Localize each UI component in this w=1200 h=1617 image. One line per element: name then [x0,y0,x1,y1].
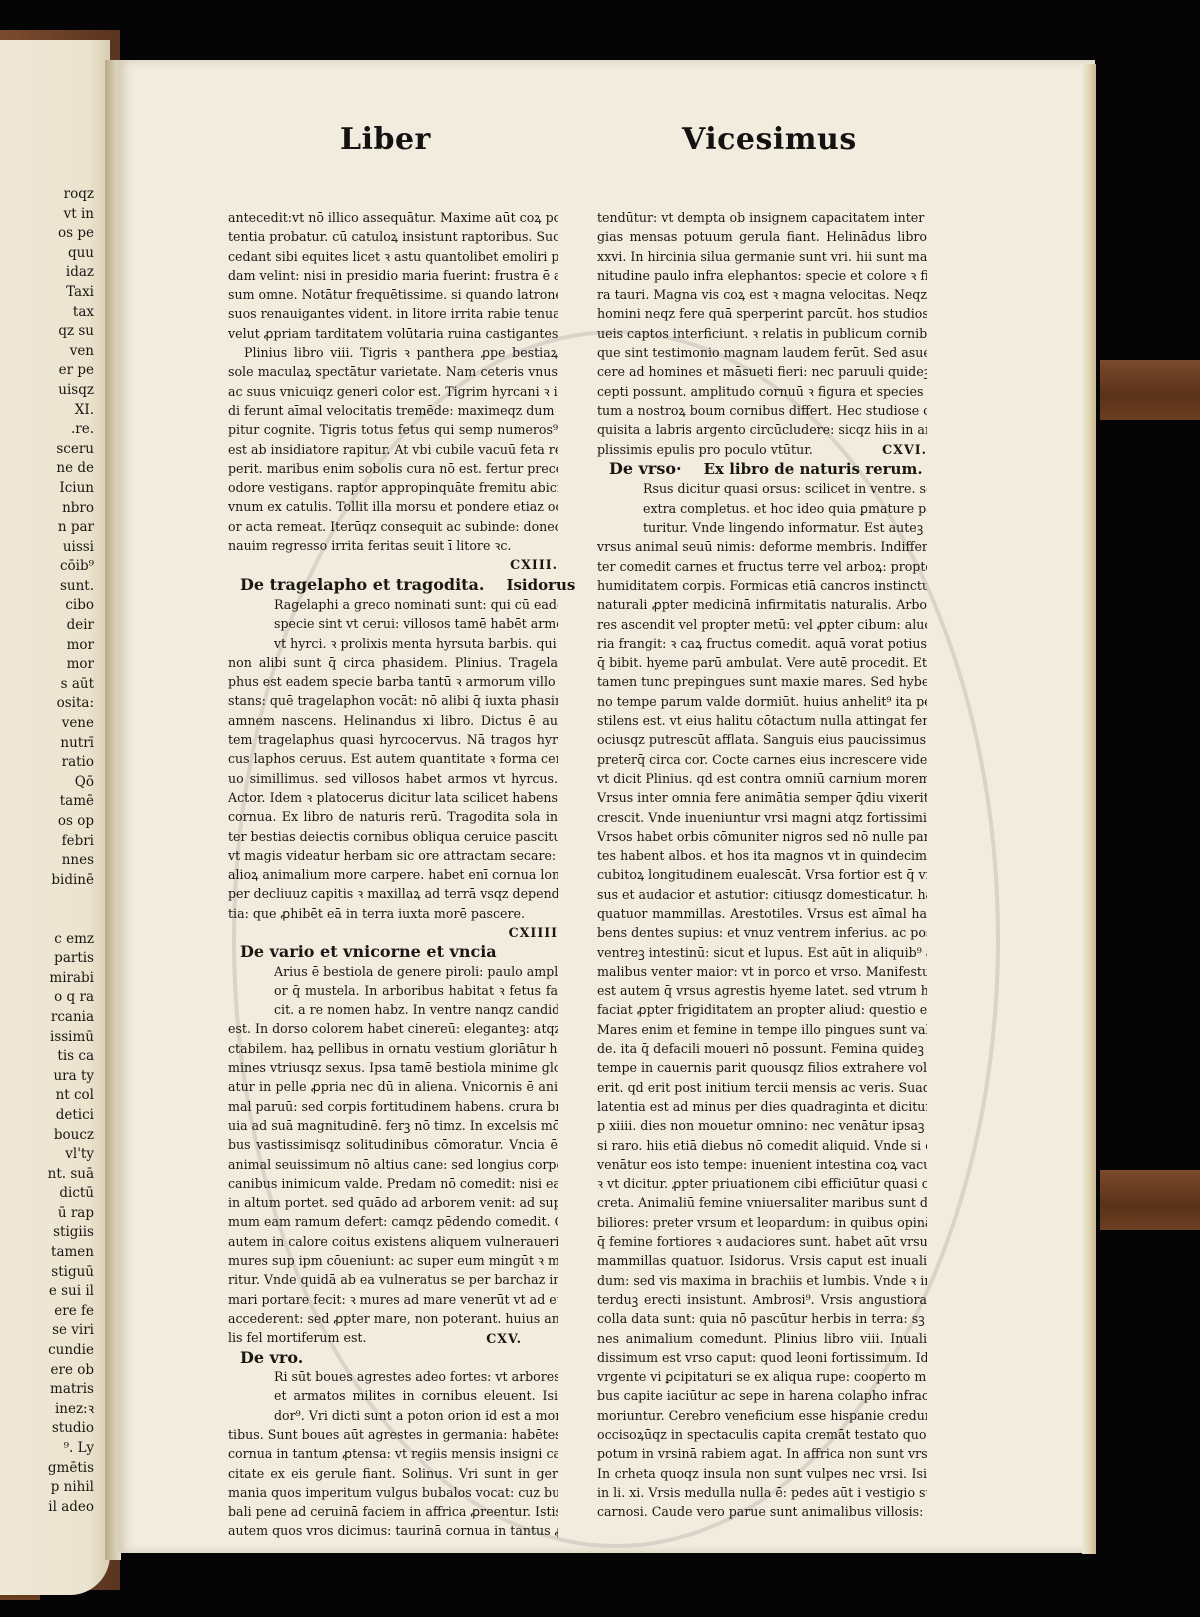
text-line: nauim regresso irrita feritas seuit ī li… [228,536,558,555]
text-line: in altum portet. sed quādo ad arborem ve… [228,1193,558,1212]
text-line: quisita a labris argento circūcludere: s… [597,420,927,439]
clasp-strap-lower [1100,1170,1200,1230]
text-line: Ri sūt boues agrestes adeo fortes: vt ar… [274,1367,558,1386]
text-fragment: s aūt [14,675,94,695]
text-line: si raro. hiis etiā diebus nō comedit ali… [597,1136,927,1155]
paragraph: vrsus animal seuū nimis: deforme membris… [597,537,927,1521]
text-fragment: uisqz [14,381,94,401]
text-fragment: sunt. [14,577,94,597]
text-line: sole maculaꝝ spectātur varietate. Nam ce… [228,362,558,381]
text-line: nes animalium comedunt. Plinius libro vi… [597,1329,927,1348]
text-line: tes habent albos. et hos ita magnos vt i… [597,846,927,865]
text-fragment: Taxi [14,283,94,303]
text-line: vt hyrci. ꝛ prolixis menta hyrsuta barbi… [274,634,558,653]
text-line: specie sint vt cerui: villosos tamē habē… [274,614,558,633]
text-line: cere ad homines et māsueti fieri: nec pa… [597,362,927,381]
text-fragment: c emz [14,930,94,950]
text-fragment: partis [14,949,94,969]
paragraph: antecedit:vt nō illico assequātur. Maxim… [228,208,558,343]
text-line: humiditatem corpis. Formicas etiā cancro… [597,576,927,595]
text-fragment: tis ca [14,1047,94,1067]
text-line: tem tragelaphus quasi hyrcocervus. Nā tr… [228,730,558,749]
text-line: autem quos vros dicimus: taurinā cornua … [228,1521,558,1540]
text-line: antecedit:vt nō illico assequātur. Maxim… [228,208,558,227]
text-line: Vrsus inter omnia fere animātia semper q… [597,788,927,807]
text-line: est. In dorso colorem habet cinereū: ele… [228,1019,558,1038]
text-line: tempe in cauernis parit quousqz filios e… [597,1058,927,1077]
text-fragment: XI. [14,401,94,421]
running-head-left: Liber [340,122,431,157]
text-fragment: n par [14,518,94,538]
text-line: vt dicit Plinius. qd est contra omniū ca… [597,769,927,788]
text-fragment: .re. [14,420,94,440]
text-fragment: os op [14,812,94,832]
text-line: dor⁹. Vri dicti sunt a poton orion id es… [274,1406,558,1425]
text-line: ritur. Vnde quidā ab ea vulneratus se pe… [228,1270,558,1289]
text-line: Arius ē bestiola de genere piroli: paulo… [274,962,558,981]
text-line: q̄ femine fortiores ꝛ audaciores sunt. h… [597,1232,927,1251]
text-line: mures sup ipm cōueniunt: ac super eum mi… [228,1251,558,1270]
text-line: dum: sed vis maxima in brachiis et lumbi… [597,1271,927,1290]
text-line: bens dentes supius: et vnuz ventrem infe… [597,923,927,942]
text-line: in li. xi. Vrsis medulla nulla ē: pedes … [597,1483,927,1502]
text-line: odore vestigans. raptor appropinquāte fr… [228,478,558,497]
text-fragment: mirabi [14,969,94,989]
text-fragment: studio [14,1419,94,1439]
text-line: uia ad suā magnitudinē. ferꝫ nō timz. In… [228,1116,558,1135]
text-fragment: ven [14,342,94,362]
text-line: biliores: preter vrsum et leopardum: in … [597,1213,927,1232]
text-fragment: bidinē [14,871,94,891]
text-fragment: vl'ty [14,1145,94,1165]
text-line: tamen tunc prepingues sunt maxie mares. … [597,672,927,691]
section-heading: De vario et vnicorne et vncia [228,942,558,961]
facing-page-left: roqzvt inos pequuidazTaxitaxqz suvener p… [0,40,110,1595]
text-line: tendūtur: vt dempta ob insignem capacita… [597,208,927,227]
text-line: de. ita q̄ defacili moueri nō possunt. F… [597,1039,927,1058]
text-line: cepti possunt. amplitudo cornuū ꝛ figura… [597,382,927,401]
text-fragment: ura ty [14,1067,94,1087]
text-line: ꝛ vt dicitur. ꝓpter priuationem cibi eff… [597,1174,927,1193]
text-fragment: ratio [14,753,94,773]
text-line: est autem q̄ vrsus agrestis hyeme latet.… [597,981,927,1000]
text-line: nitudine paulo infra elephantos: specie … [597,266,927,285]
text-line: ueis captos interficiunt. ꝛ relatis in p… [597,324,927,343]
text-line: vrsus animal seuū nimis: deforme membris… [597,537,927,556]
text-fragment: stiguū [14,1263,94,1283]
text-line: colla data sunt: quia nō pascūtur herbis… [597,1309,927,1328]
text-line: turitur. Vnde lingendo informatur. Est a… [643,518,927,537]
text-fragment: os pe [14,224,94,244]
text-line: or q̄ mustela. In arboribus habitat ꝛ fe… [274,981,558,1000]
text-fragment [14,910,94,930]
text-line: sus et audacior et astutior: citiusqz do… [597,885,927,904]
text-line: ria frangit: ꝛ caꝝ fructus comedit. aquā… [597,634,927,653]
text-fragment: er pe [14,361,94,381]
text-fragment: ere ob [14,1361,94,1381]
text-fragment: e sui il [14,1282,94,1302]
section-heading: De vrso·Ex libro de naturis rerum. [597,459,927,479]
paragraph-drop-lines: Rsus dicitur quasi orsus: scilicet in ve… [597,479,927,537]
paragraph: non alibi sunt q̄ circa phasidem. Pliniu… [228,653,558,923]
paragraph-drop-lines: Ri sūt boues agrestes adeo fortes: vt ar… [228,1367,558,1425]
text-fragment: sceru [14,440,94,460]
text-fragment: Iciun [14,479,94,499]
text-line: faciat ꝓpter frigiditatem an propter ali… [597,1000,927,1019]
text-fragment: issimū [14,1028,94,1048]
text-fragment: mor [14,655,94,675]
text-line: Mares enim et femine in tempe illo pingu… [597,1020,927,1039]
text-line: q̄ bibit. hyeme parū ambulat. Vere autē … [597,653,927,672]
text-fragment: mor [14,636,94,656]
text-line: non alibi sunt q̄ circa phasidem. Pliniu… [228,653,558,672]
text-fragment: il adeo [14,1498,94,1518]
text-fragment: se viri [14,1321,94,1341]
text-line: vnum ex catulis. Tollit illa morsu et po… [228,497,558,516]
paragraph: tibus. Sunt boues aūt agrestes in german… [228,1425,558,1541]
text-fragment: ū rap [14,1204,94,1224]
text-line: mammillas quatuor. Isidorus. Vrsis caput… [597,1251,927,1270]
paragraph-drop-lines: Arius ē bestiola de genere piroli: paulo… [228,962,558,1020]
text-line: dissimum est vrso caput: quod leoni fort… [597,1348,927,1367]
paragraph: est. In dorso colorem habet cinereū: ele… [228,1019,558,1347]
text-line: mal paruū: sed corpis fortitudinem haben… [228,1097,558,1116]
text-fragment: osita: [14,694,94,714]
text-line: ter bestias deiectis cornibus obliqua ce… [228,827,558,846]
text-fragment: vene [14,714,94,734]
text-line: xxvi. In hircinia silua germanie sunt vr… [597,247,927,266]
text-line: carnosi. Caude vero parue sunt animalibu… [597,1502,927,1521]
text-line: mum eam ramum defert: camqz pēdendo come… [228,1212,558,1231]
text-fragment: matris [14,1380,94,1400]
section-heading: De vro. [228,1348,558,1367]
clasp-strap-upper [1100,360,1200,420]
text-line: Ragelaphi a greco nominati sunt: qui cū … [274,595,558,614]
text-line: venātur eos isto tempe: inuenient intest… [597,1155,927,1174]
text-fragment: tamē [14,792,94,812]
text-line: occisoꝝūqz in spectaculis capita cremāt … [597,1425,927,1444]
text-fragment: ere fe [14,1302,94,1322]
text-line: pitur cognite. Tigris totus fetus qui se… [228,420,558,439]
text-fragment: tax [14,303,94,323]
text-line: bus capite iaciūtur ac sepe in harena co… [597,1386,927,1405]
text-line: ra tauri. Magna vis coꝝ est ꝛ magna velo… [597,285,927,304]
text-fragment: stigiis [14,1223,94,1243]
text-line: autem in calore coitus existens aliquem … [228,1232,558,1251]
text-fragment: gmētis [14,1459,94,1479]
text-line: citate ex eis gerule fiant. Solinus. Vri… [228,1464,558,1483]
text-fragment: ne de [14,459,94,479]
text-line: est ab insidiatore rapitur. At vbi cubil… [228,440,558,459]
heading-text: De tragelapho et tragodita. [240,575,484,594]
text-line: stans: quē tragelaphon vocāt: nō alibi q… [228,691,558,710]
chapter-number: CXIII. [228,555,558,574]
text-line: creta. Animaliū femine vniuersaliter mar… [597,1193,927,1212]
text-line: tum a nostroꝝ boum cornibus differt. Hec… [597,401,927,420]
text-line: bali pene ad ceruinā faciem in affrica ꝓ… [228,1502,558,1521]
text-fragment: o q ra [14,988,94,1008]
text-line: cit. a re nomen habz. In ventre nanqz ca… [274,1000,558,1019]
text-column-left: antecedit:vt nō illico assequātur. Maxim… [228,208,558,1541]
text-line: res ascendit vel propter metū: vel ꝓpter… [597,615,927,634]
text-line: tibus. Sunt boues aūt agrestes in german… [228,1425,558,1444]
text-fragment: inez:ꝛ [14,1400,94,1420]
text-line: homini neqz fere quā sperperint parcūt. … [597,304,927,323]
text-line: accederent: sed ꝓpter mare, non poterant… [228,1309,558,1328]
text-line: terduꝫ erecti insistunt. Ambrosi⁹. Vrsis… [597,1290,927,1309]
text-line: cornua in tantum ꝓtensa: vt regiis mensi… [228,1444,558,1463]
text-line: tia: que ꝓhibēt eā in terra iuxta morē p… [228,904,558,923]
text-line: erit. qd erit post initium tercii mensis… [597,1078,927,1097]
text-fragment: detici [14,1106,94,1126]
text-line: ociusqz putrescūt afflata. Sanguis eius … [597,730,927,749]
paragraph: tendūtur: vt dempta ob insignem capacita… [597,208,927,459]
text-fragment: cundie [14,1341,94,1361]
text-fragment: nt. suā [14,1165,94,1185]
text-fragment: deir [14,616,94,636]
text-line: et armatos milites in cornibus eleuent. … [274,1386,558,1405]
text-fragment: tamen [14,1243,94,1263]
facing-page-text-fragments: roqzvt inos pequuidazTaxitaxqz suvener p… [14,185,94,1517]
text-fragment: qz su [14,322,94,342]
text-fragment [14,890,94,910]
text-line: vt magis videatur herbam sic ore attract… [228,846,558,865]
text-line: canibus inimicum valde. Predam nō comedi… [228,1174,558,1193]
text-line: ctabilem. haꝝ pellibus in ornatu vestium… [228,1039,558,1058]
text-fragment: dictū [14,1184,94,1204]
text-fragment: febri [14,832,94,852]
text-line: vrgente vi ꝑcipitaturi se ex aliqua rupe… [597,1367,927,1386]
text-line: uo simillimus. sed villosos habet armos … [228,769,558,788]
paragraph: Plinius libro viii. Tigris ꝛ panthera ꝓp… [228,343,558,555]
text-line: sum omne. Notātur frequētissime. si quan… [228,285,558,304]
text-line: In crheta quoqz insula non sunt vulpes n… [597,1464,927,1483]
text-line: alioꝝ animalium more carpere. habet enī … [228,865,558,884]
text-fragment: uissi [14,538,94,558]
text-line: malibus venter maior: vt in porco et vrs… [597,962,927,981]
text-line: cornua. Ex libro de naturis rerū. Tragod… [228,807,558,826]
text-fragment: nutrī [14,734,94,754]
text-fragment: nnes [14,851,94,871]
running-head-right: Vicesimus [682,122,857,157]
heading-source: Ex libro de naturis rerum. [704,460,923,478]
text-fragment: p nihil [14,1478,94,1498]
chapter-number: CXIIII [228,923,558,942]
text-line: p xiiii. dies non mouetur omnino: nec ve… [597,1116,927,1135]
text-line: preterq̄ circa cor. Cocte carnes eius in… [597,750,927,769]
text-fragment: Qō [14,773,94,793]
text-line: phus est eadem specie barba tantū ꝛ armo… [228,672,558,691]
text-line: extra completus. et hoc ideo quia ꝑmatur… [643,499,927,518]
text-fragment: cibo [14,596,94,616]
text-line: cedant sibi equites licet ꝛ astu quantol… [228,247,558,266]
text-line: Plinius libro viii. Tigris ꝛ panthera ꝓp… [228,343,558,362]
text-line: Rsus dicitur quasi orsus: scilicet in ve… [643,479,927,498]
text-line: ac suus vnicuiqz generi color est. Tigri… [228,382,558,401]
text-fragment: roqz [14,185,94,205]
heading-text: De vrso· [609,459,682,478]
text-line: quatuor mammillas. Arestotiles. Vrsus es… [597,904,927,923]
text-line: tentia probatur. cū catuloꝝ insistunt ra… [228,227,558,246]
text-fragment: idaz [14,263,94,283]
text-fragment: boucz [14,1126,94,1146]
text-line: cubitoꝝ longitudinem eualescāt. Vrsa for… [597,865,927,884]
text-line: mines vtriusqz sexus. Ipsa tamē bestiola… [228,1058,558,1077]
text-fragment: quu [14,244,94,264]
text-line: moriuntur. Cerebro veneficium esse hispa… [597,1406,927,1425]
text-line: or acta remeat. Iterūqz consequit ac sub… [228,517,558,536]
text-line: gias mensas potuum gerula fiant. Helinād… [597,227,927,246]
text-line: cus laphos ceruus. Est autem quantitate … [228,749,558,768]
heading-source: Isidorus [506,576,575,594]
text-fragment: nt col [14,1086,94,1106]
text-line: ventreꝫ intestinū: sicut et lupus. Est a… [597,943,927,962]
text-line: velut ꝓpriam tarditatem volūtaria ruina … [228,324,558,343]
text-line: potum in vrsinā rabiem agat. In affrica … [597,1444,927,1463]
text-line: di ferunt aīmal velocitatis tremēde: max… [228,401,558,420]
text-fragment: cōib⁹ [14,557,94,577]
text-line: mari portare fecit: ꝛ mures ad mare vene… [228,1290,558,1309]
text-line: no tempe parum valde dormiūt. huius anhe… [597,692,927,711]
section-heading: De tragelapho et tragodita.Isidorus [228,575,558,595]
text-line: amnem nascens. Helinandus xi libro. Dict… [228,711,558,730]
text-line: mania quos imperitum vulgus bubalos voca… [228,1483,558,1502]
text-fragment: vt in [14,205,94,225]
text-fragment: rcania [14,1008,94,1028]
text-line: suos renauigantes vident. in litore irri… [228,304,558,323]
text-line: ter comedit carnes et fructus terre vel … [597,557,927,576]
text-column-right: tendūtur: vt dempta ob insignem capacita… [597,208,927,1521]
text-line: atur in pelle ꝓpria nec dū in aliena. Vn… [228,1077,558,1096]
text-fragment: ⁹. Ly [14,1439,94,1459]
text-line: que sint testimonio magnam laudem ferūt.… [597,343,927,362]
text-fragment: nbro [14,499,94,519]
text-line: Actor. Idem ꝛ platocerus dicitur lata sc… [228,788,558,807]
text-line: per decliuuz capitis ꝛ maxillaꝝ ad terrā… [228,884,558,903]
text-line: stilens est. vt eius halitu cōtactum nul… [597,711,927,730]
text-line: naturali ꝓpter medicinā infirmitatis nat… [597,595,927,614]
text-line: latentia est ad minus per dies quadragin… [597,1097,927,1116]
text-line: bus vastissimisqz solitudinibus cōmoratu… [228,1135,558,1154]
text-line: crescit. Vnde inueniuntur vrsi magni atq… [597,808,927,827]
text-line: animal seuissimum nō altius cane: sed lo… [228,1155,558,1174]
text-line: perit. maribus enim sobolis cura nō est.… [228,459,558,478]
paragraph-drop-lines: Ragelaphi a greco nominati sunt: qui cū … [228,595,558,653]
page-fore-edge [1082,64,1096,1554]
text-line: dam velint: nisi in presidio maria fueri… [228,266,558,285]
text-line: Vrsos habet orbis cōmuniter nigros sed n… [597,827,927,846]
